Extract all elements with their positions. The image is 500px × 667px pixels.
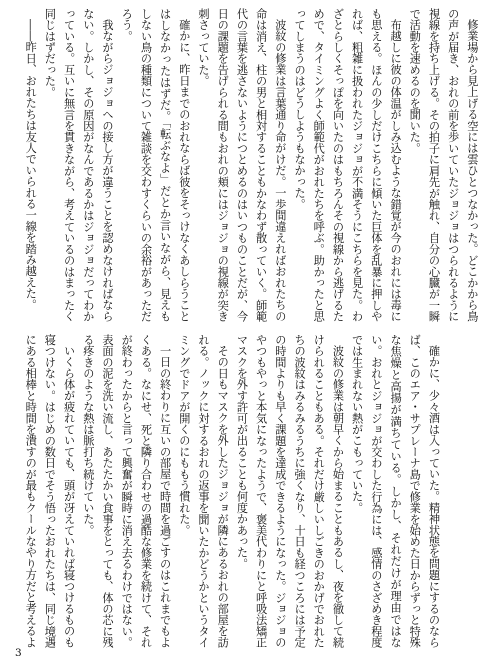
paragraph: 波紋の修業は言葉通り命がけだ。一歩間違えればおれたちの命は消え、柱の男と相対する…: [194, 8, 290, 322]
paragraph: 布越しに彼の体温がしみ込むような錯覚が今のおれには毒にも思える。ほんの少しだけこ…: [290, 8, 405, 322]
paragraph: その日もマスクを外したジョジョが隣にあるおれの部屋を訪れる。ノックに対するおれの…: [175, 334, 233, 648]
paragraph: 一日の終わりに互いの部屋で時間を過ごすのはこれまでもよくある。なにせ、死と隣り合…: [79, 334, 175, 648]
page-number: 3: [15, 648, 22, 659]
text-block-bottom: 確かに、少々酒は入っていた。精神状態を問題にするのならば、このエア・サプレーナ島…: [21, 334, 443, 648]
paragraph: ――昨日、おれたちは友人でいられる一線を踏み越えた。: [21, 8, 40, 322]
book-page: 修業場から見上げる空には雲ひとつなかった。どこかから鳥の声が届き、おれの前を歩い…: [0, 0, 500, 667]
paragraph: 波紋の修業は朝早くから始まることもあるし、夜を徹して続けられることもある。それだ…: [232, 334, 347, 648]
paragraph: 修業場から見上げる空には雲ひとつなかった。どこかから鳥の声が届き、おれの前を歩い…: [405, 8, 482, 322]
paragraph: 確かに、少々酒は入っていた。精神状態を問題にするのならば、このエア・サプレーナ島…: [347, 334, 443, 648]
text-block-top: 修業場から見上げる空には雲ひとつなかった。どこかから鳥の声が届き、おれの前を歩い…: [21, 8, 482, 322]
paragraph: 我ながらジョジョへの接し方が違うことを認めなければならない。しかし、その原因がな…: [40, 8, 117, 322]
paragraph: 確かに、昨日までのおれならば彼をそっけなくあしらうことはしなかったはずだ。「転ぶ…: [117, 8, 194, 322]
paragraph: いくら体が疲れていても、頭が冴えていれば寝つけるものも寝つけない。はじめの数日で…: [21, 334, 79, 648]
